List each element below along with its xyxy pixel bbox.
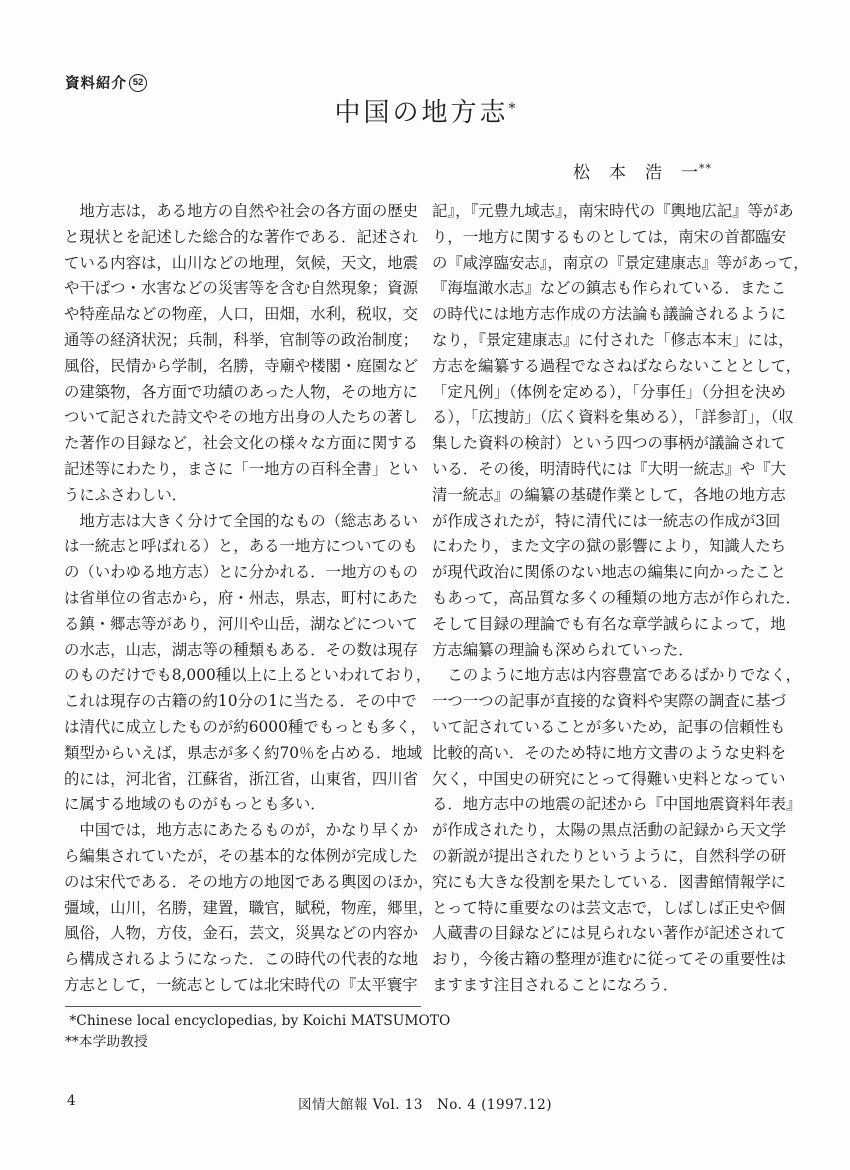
- text-line: 方志編纂の理論も深められていった．: [432, 638, 794, 664]
- text-line: の建築物，各方面で功績のあった人物，その地方に: [64, 380, 428, 406]
- text-line: ますます注目されることになろう．: [432, 973, 794, 999]
- text-line: た著作の目録など，社会文化の様々な方面に関する: [64, 431, 428, 457]
- footnote-line-1: *Chinese local encyclopedias, by Koichi …: [65, 1011, 455, 1032]
- text-line: ている内容は，山川などの地理，気候，天文，地震: [64, 251, 428, 277]
- text-line: と現状とを記述した総合的な著作である．記述され: [64, 225, 428, 251]
- page-title: 中国の地方志*: [0, 92, 850, 129]
- title-footnote-marker: *: [509, 101, 516, 117]
- text-line: とって特に重要なのは芸文志で，しばしば正史や個: [432, 896, 794, 922]
- footnote-block: *Chinese local encyclopedias, by Koichi …: [65, 1011, 455, 1052]
- text-line: いて記されていることが多いため，記事の信頼性も: [432, 715, 794, 741]
- footnote-line-2: **本学助教授: [65, 1032, 455, 1053]
- text-line: 方志を編纂する過程でなさねばならないこととして，: [432, 354, 794, 380]
- text-line: 人蔵書の目録などには見られない著作が記述されて: [432, 921, 794, 947]
- text-line: ら編集されていたが，その基本的な体例が完成した: [64, 844, 428, 870]
- text-line: の時代には地方志作成の方法論も議論されるように: [432, 302, 794, 328]
- text-line: いる．その後，明清時代には『大明一統志』や『大: [432, 457, 794, 483]
- text-line: は省単位の省志から，府・州志，県志，町村にあた: [64, 586, 428, 612]
- left-column: 地方志は，ある地方の自然や社会の各方面の歴史と現状とを記述した総合的な著作である…: [64, 199, 428, 999]
- text-line: が作成されたが，特に清代には一統志の作成が3回: [432, 509, 794, 535]
- text-line: 記』，『元豊九域志』，南宋時代の『輿地広記』等があ: [432, 199, 794, 225]
- text-line: おり，今後古籍の整理が進むに従ってその重要性は: [432, 947, 794, 973]
- text-line: ついて記された詩文やその地方出身の人たちの著し: [64, 405, 428, 431]
- text-line: もあって，高品質な多くの種類の地方志が作られた．: [432, 586, 794, 612]
- text-line: の（いわゆる地方志）とに分かれる．一地方のもの: [64, 560, 428, 586]
- text-line: 風俗，民情から学制，名勝，寺廟や楼閣・庭園など: [64, 354, 428, 380]
- text-line: のものだけでも8,000種以上に上るといわれており，: [64, 663, 428, 689]
- text-line: 記述等にわたり，まさに「一地方の百科全書」とい: [64, 457, 428, 483]
- text-line: のは宋代である．その地方の地図である輿図のほか，: [64, 870, 428, 896]
- category-label: 資料紹介: [65, 72, 127, 93]
- text-line: このように地方志は内容豊富であるばかりでなく，: [432, 663, 794, 689]
- text-line: 風俗，人物，方伎，金石，芸文，災異などの内容か: [64, 921, 428, 947]
- text-line: や特産品などの物産，人口，田畑，水利，税収，交: [64, 302, 428, 328]
- text-line: 集した資料の検討）という四つの事柄が議論されて: [432, 431, 794, 457]
- author-text: 松 本 浩 一: [573, 163, 699, 183]
- category-number-circled: 52: [129, 74, 147, 92]
- text-line: る鎮・郷志等があり，河川や山岳，湖などについて: [64, 612, 428, 638]
- text-line: 欠く，中国史の研究にとって得難い史料となってい: [432, 767, 794, 793]
- text-line: や干ばつ・水害などの災害等を含む自然現象；資源: [64, 276, 428, 302]
- text-line: は清代に成立したものが約6000種でもっとも多く，: [64, 715, 428, 741]
- text-line: 的には，河北省，江蘇省，浙江省，山東省，四川省: [64, 767, 428, 793]
- article-category-badge: 資料紹介52: [65, 72, 147, 93]
- text-line: の『咸淳臨安志』，南京の『景定建康志』等があって，: [432, 251, 794, 277]
- text-line: り，一地方に関するものとしては，南宋の首都臨安: [432, 225, 794, 251]
- text-line: の水志，山志，湖志等の種類もある．その数は現存: [64, 638, 428, 664]
- text-line: 中国では，地方志にあたるものが，かなり早くか: [64, 818, 428, 844]
- text-line: なり，『景定建康志』に付された「修志本末」には，: [432, 328, 794, 354]
- text-line: 究にも大きな役割を果たしている．図書館情報学に: [432, 870, 794, 896]
- document-page: 資料紹介52 中国の地方志* 松 本 浩 一** 地方志は，ある地方の自然や社会…: [0, 0, 850, 1170]
- text-line: 彊域，山川，名勝，建置，職官，賦税，物産，郷里，: [64, 896, 428, 922]
- text-line: 清一統志』の編纂の基礎作業として，各地の地方志: [432, 483, 794, 509]
- text-line: 地方志は，ある地方の自然や社会の各方面の歴史: [64, 199, 428, 225]
- right-column: 記』，『元豊九域志』，南宋時代の『輿地広記』等があり，一地方に関するものとしては…: [432, 199, 794, 999]
- text-line: 地方志は大きく分けて全国的なもの（総志あるい: [64, 509, 428, 535]
- text-line: ら構成されるようになった．この時代の代表的な地: [64, 947, 428, 973]
- text-line: に属する地域のものがもっとも多い．: [64, 792, 428, 818]
- text-line: にわたり，また文字の獄の影響により，知識人たち: [432, 534, 794, 560]
- text-line: が現代政治に関係のない地志の編集に向かったこと: [432, 560, 794, 586]
- text-line: 『海塩澉水志』などの鎮志も作られている．またこ: [432, 276, 794, 302]
- author-name: 松 本 浩 一**: [0, 158, 712, 183]
- text-line: 一つ一つの記事が直接的な資料や実際の調査に基づ: [432, 689, 794, 715]
- text-line: 通等の経済状況；兵制，科挙，官制等の政治制度；: [64, 328, 428, 354]
- title-text: 中国の地方志: [334, 98, 508, 128]
- text-line: 方志として，一統志としては北宋時代の『太平寰宇: [64, 973, 428, 999]
- text-line: る．地方志中の地震の記述から『中国地震資料年表』: [432, 792, 794, 818]
- text-line: 「定凡例」（体例を定める），「分事任」（分担を決め: [432, 380, 794, 406]
- text-line: は一統志と呼ばれる）と，ある一地方についてのも: [64, 534, 428, 560]
- text-line: 比較的高い．そのため特に地方文書のような史料を: [432, 741, 794, 767]
- text-line: の新説が提出されたりというように，自然科学の研: [432, 844, 794, 870]
- text-line: が作成されたり，太陽の黒点活動の記録から天文学: [432, 818, 794, 844]
- text-line: 類型からいえば，県志が多く約70％を占める．地域: [64, 741, 428, 767]
- author-footnote-marker: **: [699, 162, 712, 175]
- text-line: これは現存の古籍の約10分の1に当たる．その中で: [64, 689, 428, 715]
- text-line: そして目録の理論でも有名な章学誠らによって，地: [432, 612, 794, 638]
- journal-citation: 図情大館報 Vol. 13 No. 4 (1997.12): [0, 1093, 850, 1113]
- footnote-divider: [65, 1006, 421, 1007]
- text-line: うにふさわしい．: [64, 483, 428, 509]
- text-line: る），「広捜訪」（広く資料を集める），「詳参訂」，（収: [432, 405, 794, 431]
